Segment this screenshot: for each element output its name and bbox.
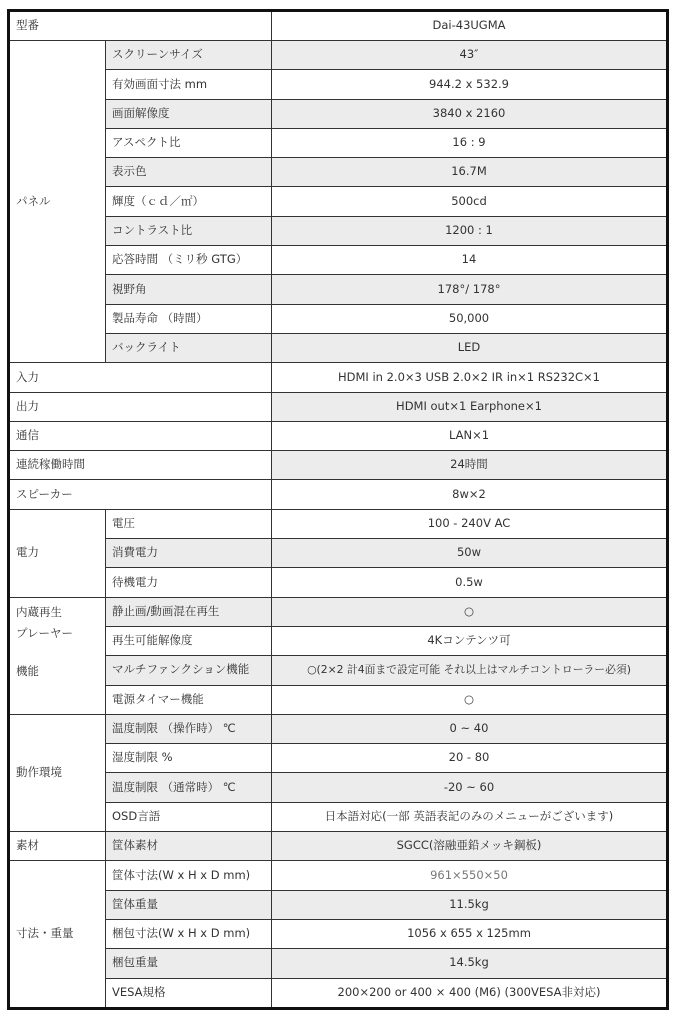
row-value: 日本語対応(一部 英語表記のみのメニューがございます) — [272, 802, 668, 831]
row-label: 梱包寸法(W x H x D mm) — [106, 919, 272, 948]
row-value: 43″ — [272, 41, 668, 70]
row-value: LAN×1 — [272, 421, 668, 450]
row-value: 944.2 x 532.9 — [272, 70, 668, 99]
row-value: 24時間 — [272, 451, 668, 480]
model-row: 型番 Dai-43UGMA — [9, 11, 668, 41]
row-label: 連続稼働時間 — [9, 451, 272, 480]
row-value: 3840 x 2160 — [272, 99, 668, 128]
table-row: 表示色 16.7M — [9, 158, 668, 187]
row-label: 待機電力 — [106, 568, 272, 597]
row-label: VESA規格 — [106, 978, 272, 1008]
row-value: 0.5w — [272, 568, 668, 597]
category-dimensions: 寸法・重量 — [9, 861, 106, 1008]
table-row: 筐体重量 11.5kg — [9, 890, 668, 919]
row-label: 温度制限 （通常時） ℃ — [106, 773, 272, 802]
row-label: 視野角 — [106, 275, 272, 304]
row-label: 応答時間 （ミリ秒 GTG） — [106, 246, 272, 275]
table-row: 電力 電圧 100 - 240V AC — [9, 509, 668, 538]
category-material: 素材 — [9, 832, 106, 861]
row-value: 100 - 240V AC — [272, 509, 668, 538]
row-label: 電圧 — [106, 509, 272, 538]
table-row: 出力 HDMI out×1 Earphone×1 — [9, 392, 668, 421]
row-value: 8w×2 — [272, 480, 668, 509]
row-value: 14 — [272, 246, 668, 275]
table-row: OSD言語 日本語対応(一部 英語表記のみのメニューがございます) — [9, 802, 668, 831]
row-value: 50w — [272, 539, 668, 568]
row-value: LED — [272, 333, 668, 362]
row-label: 製品寿命 （時間） — [106, 304, 272, 333]
model-value: Dai-43UGMA — [272, 11, 668, 41]
table-row: 電源タイマー機能 ○ — [9, 685, 668, 714]
category-environment: 動作環境 — [9, 714, 106, 831]
row-label: 再生可能解像度 — [106, 626, 272, 655]
row-value: 11.5kg — [272, 890, 668, 919]
table-row: VESA規格 200×200 or 400 × 400 (M6) (300VES… — [9, 978, 668, 1008]
category-panel: パネル — [9, 41, 106, 363]
table-row: 入力 HDMI in 2.0×3 USB 2.0×2 IR in×1 RS232… — [9, 363, 668, 392]
row-label: 有効画面寸法 mm — [106, 70, 272, 99]
row-label: スクリーンサイズ — [106, 41, 272, 70]
row-label: OSD言語 — [106, 802, 272, 831]
model-label: 型番 — [9, 11, 272, 41]
row-value: 1200 : 1 — [272, 216, 668, 245]
row-value: ○(2×2 計4面まで設定可能 それ以上はマルチコントローラー必須) — [272, 656, 668, 685]
table-row: 湿度制限 % 20 - 80 — [9, 744, 668, 773]
table-row: 再生可能解像度 4Kコンテンツ可 — [9, 626, 668, 655]
row-value: 16.7M — [272, 158, 668, 187]
row-label: 温度制限 （操作時） ℃ — [106, 714, 272, 743]
row-value: 4Kコンテンツ可 — [272, 626, 668, 655]
row-label: マルチファンクション機能 — [106, 656, 272, 685]
table-row: 輝度（ｃｄ／㎡） 500cd — [9, 187, 668, 216]
table-row: コントラスト比 1200 : 1 — [9, 216, 668, 245]
table-row: アスペクト比 16 : 9 — [9, 128, 668, 157]
table-row: 梱包寸法(W x H x D mm) 1056 x 655 x 125mm — [9, 919, 668, 948]
row-value: 16 : 9 — [272, 128, 668, 157]
row-value: 50,000 — [272, 304, 668, 333]
row-value: 178°/ 178° — [272, 275, 668, 304]
row-label: スピーカー — [9, 480, 272, 509]
table-row: 連続稼働時間 24時間 — [9, 451, 668, 480]
table-row: 画面解像度 3840 x 2160 — [9, 99, 668, 128]
table-row: 製品寿命 （時間） 50,000 — [9, 304, 668, 333]
row-value: 200×200 or 400 × 400 (M6) (300VESA非対応) — [272, 978, 668, 1008]
category-player-line2: プレーヤー — [16, 623, 99, 645]
row-label: 輝度（ｃｄ／㎡） — [106, 187, 272, 216]
row-label: コントラスト比 — [106, 216, 272, 245]
table-row: 応答時間 （ミリ秒 GTG） 14 — [9, 246, 668, 275]
row-value: 1056 x 655 x 125mm — [272, 919, 668, 948]
table-row: バックライト LED — [9, 333, 668, 362]
table-row: 待機電力 0.5w — [9, 568, 668, 597]
table-row: 視野角 178°/ 178° — [9, 275, 668, 304]
category-player-line1: 内蔵再生 — [16, 602, 99, 624]
row-value: 961×550×50 — [272, 861, 668, 890]
row-label: 筐体寸法(W x H x D mm) — [106, 861, 272, 890]
table-row: 有効画面寸法 mm 944.2 x 532.9 — [9, 70, 668, 99]
table-row: 梱包重量 14.5kg — [9, 949, 668, 978]
row-value: ○ — [272, 597, 668, 626]
row-value: 500cd — [272, 187, 668, 216]
row-value: ○ — [272, 685, 668, 714]
row-label: 画面解像度 — [106, 99, 272, 128]
row-label: 筐体重量 — [106, 890, 272, 919]
row-label: バックライト — [106, 333, 272, 362]
table-row: 温度制限 （通常時） ℃ -20 ~ 60 — [9, 773, 668, 802]
row-value: 0 ~ 40 — [272, 714, 668, 743]
row-value: 14.5kg — [272, 949, 668, 978]
table-row: 内蔵再生 プレーヤー 機能 静止画/動画混在再生 ○ — [9, 597, 668, 626]
table-row: 素材 筐体素材 SGCC(溶融亜鉛メッキ鋼板) — [9, 832, 668, 861]
table-row: 通信 LAN×1 — [9, 421, 668, 450]
row-label: 表示色 — [106, 158, 272, 187]
row-label: 静止画/動画混在再生 — [106, 597, 272, 626]
row-value: 20 - 80 — [272, 744, 668, 773]
row-label: 入力 — [9, 363, 272, 392]
row-value: SGCC(溶融亜鉛メッキ鋼板) — [272, 832, 668, 861]
category-player-line3: 機能 — [16, 661, 99, 683]
row-label: 電源タイマー機能 — [106, 685, 272, 714]
row-label: 筐体素材 — [106, 832, 272, 861]
category-player: 内蔵再生 プレーヤー 機能 — [9, 597, 106, 714]
row-label: 出力 — [9, 392, 272, 421]
table-row: スピーカー 8w×2 — [9, 480, 668, 509]
row-value: HDMI in 2.0×3 USB 2.0×2 IR in×1 RS232C×1 — [272, 363, 668, 392]
category-power: 電力 — [9, 509, 106, 597]
row-label: 梱包重量 — [106, 949, 272, 978]
row-label: アスペクト比 — [106, 128, 272, 157]
row-label: 通信 — [9, 421, 272, 450]
table-row: 寸法・重量 筐体寸法(W x H x D mm) 961×550×50 — [9, 861, 668, 890]
table-row: マルチファンクション機能 ○(2×2 計4面まで設定可能 それ以上はマルチコント… — [9, 656, 668, 685]
row-value: HDMI out×1 Earphone×1 — [272, 392, 668, 421]
row-label: 湿度制限 % — [106, 744, 272, 773]
table-row: パネル スクリーンサイズ 43″ — [9, 41, 668, 70]
table-row: 消費電力 50w — [9, 539, 668, 568]
table-row: 動作環境 温度制限 （操作時） ℃ 0 ~ 40 — [9, 714, 668, 743]
row-value: -20 ~ 60 — [272, 773, 668, 802]
spec-table: 型番 Dai-43UGMA パネル スクリーンサイズ 43″ 有効画面寸法 mm… — [7, 9, 669, 1010]
row-label: 消費電力 — [106, 539, 272, 568]
